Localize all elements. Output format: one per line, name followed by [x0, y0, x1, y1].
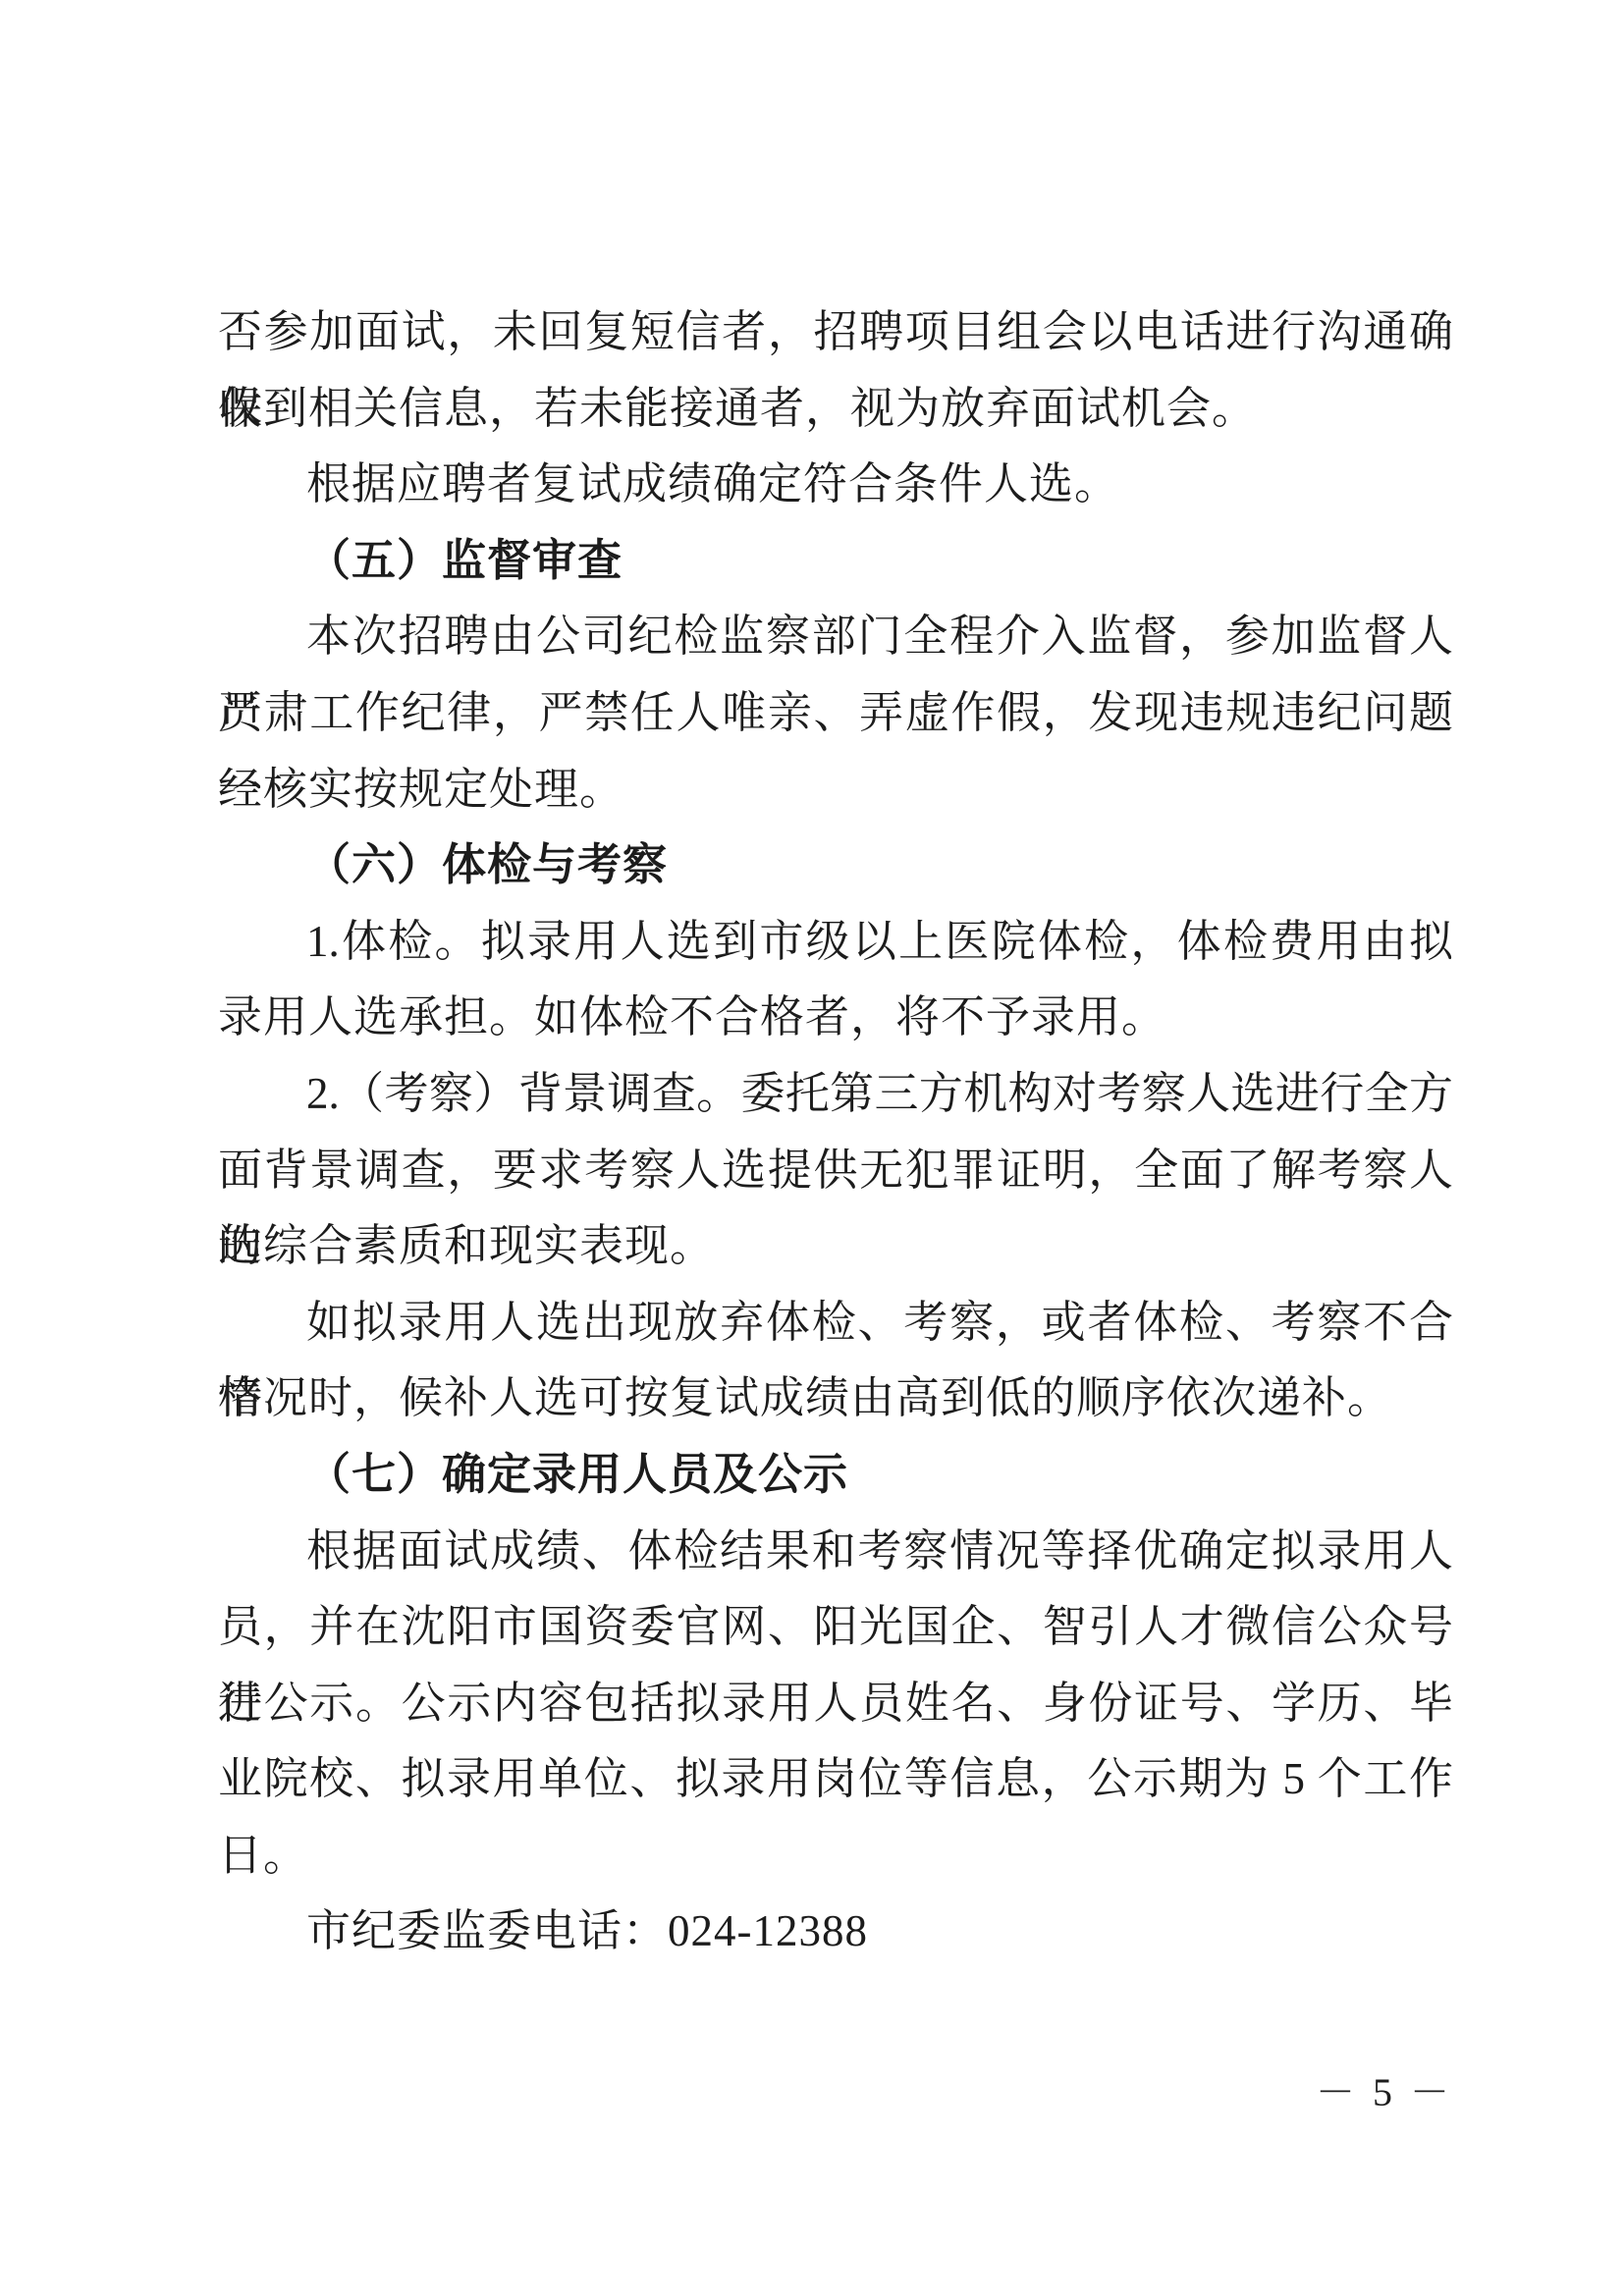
text-line: 经核实按规定处理。: [218, 752, 1453, 828]
text-line: 业院校、拟录用单位、拟录用岗位等信息，公示期为 5 个工作: [218, 1741, 1453, 1818]
text-line: 本次招聘由公司纪检监察部门全程介入监督，参加监督人员: [218, 599, 1453, 675]
document-body: 否参加面试，未回复短信者，招聘项目组会以电话进行沟通确保收到相关信息，若未能接通…: [218, 294, 1453, 1970]
text-line: 2.（考察）背景调查。委托第三方机构对考察人选进行全方: [218, 1056, 1453, 1133]
text-line: 行公示。公示内容包括拟录用人员姓名、身份证号、学历、毕: [218, 1666, 1453, 1742]
text-line: 录用人选承担。如体检不合格者，将不予录用。: [218, 980, 1453, 1056]
section-heading: （七）确定录用人员及公示: [218, 1437, 1453, 1514]
text-line: 否参加面试，未回复短信者，招聘项目组会以电话进行沟通确保: [218, 294, 1453, 371]
text-line: 根据面试成绩、体检结果和考察情况等择优确定拟录用人: [218, 1514, 1453, 1590]
text-line: 严肃工作纪律，严禁任人唯亲、弄虚作假，发现违规违纪问题一: [218, 675, 1453, 752]
text-line: 情况时，候补人选可按复试成绩由高到低的顺序依次递补。: [218, 1361, 1453, 1437]
text-line: 如拟录用人选出现放弃体检、考察，或者体检、考察不合格: [218, 1285, 1453, 1362]
text-line: 收到相关信息，若未能接通者，视为放弃面试机会。: [218, 371, 1453, 448]
document-page: 否参加面试，未回复短信者，招聘项目组会以电话进行沟通确保收到相关信息，若未能接通…: [0, 0, 1624, 2296]
section-heading: （六）体检与考察: [218, 828, 1453, 904]
text-line: 日。: [218, 1818, 1453, 1895]
text-line: 市纪委监委电话：024-12388: [218, 1894, 1453, 1970]
text-line: 1.体检。拟录用人选到市级以上医院体检，体检费用由拟: [218, 904, 1453, 981]
text-line: 根据应聘者复试成绩确定符合条件人选。: [218, 447, 1453, 523]
text-line: 员，并在沈阳市国资委官网、阳光国企、智引人才微信公众号进: [218, 1589, 1453, 1666]
text-line: 的综合素质和现实表现。: [218, 1208, 1453, 1285]
page-number: － 5 －: [1316, 2061, 1453, 2117]
text-line: 面背景调查，要求考察人选提供无犯罪证明，全面了解考察人选: [218, 1133, 1453, 1209]
section-heading: （五）监督审查: [218, 523, 1453, 600]
